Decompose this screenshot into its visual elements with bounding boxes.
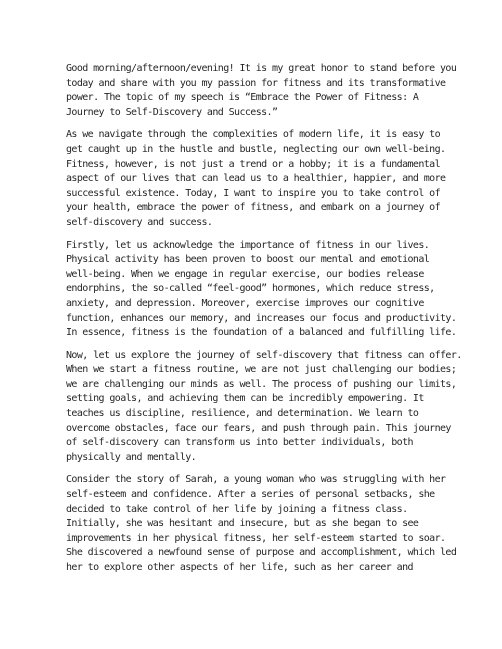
paragraph-introduction: As we navigate through the complexities … [66,128,466,230]
paragraph-journey-of-self-discovery: Now, let us explore the journey of self-… [66,349,466,466]
paragraph-importance-of-fitness: Firstly, let us acknowledge the importan… [66,239,466,341]
paragraph-greeting: Good morning/afternoon/evening! It is my… [66,62,466,120]
document-page: { "colors": { "page_background": "#fffff… [0,0,502,649]
document-body: Good morning/afternoon/evening! It is my… [66,62,466,576]
page: Good morning/afternoon/evening! It is my… [0,0,502,649]
paragraph-sarah-story: Consider the story of Sarah, a young wom… [66,473,466,575]
